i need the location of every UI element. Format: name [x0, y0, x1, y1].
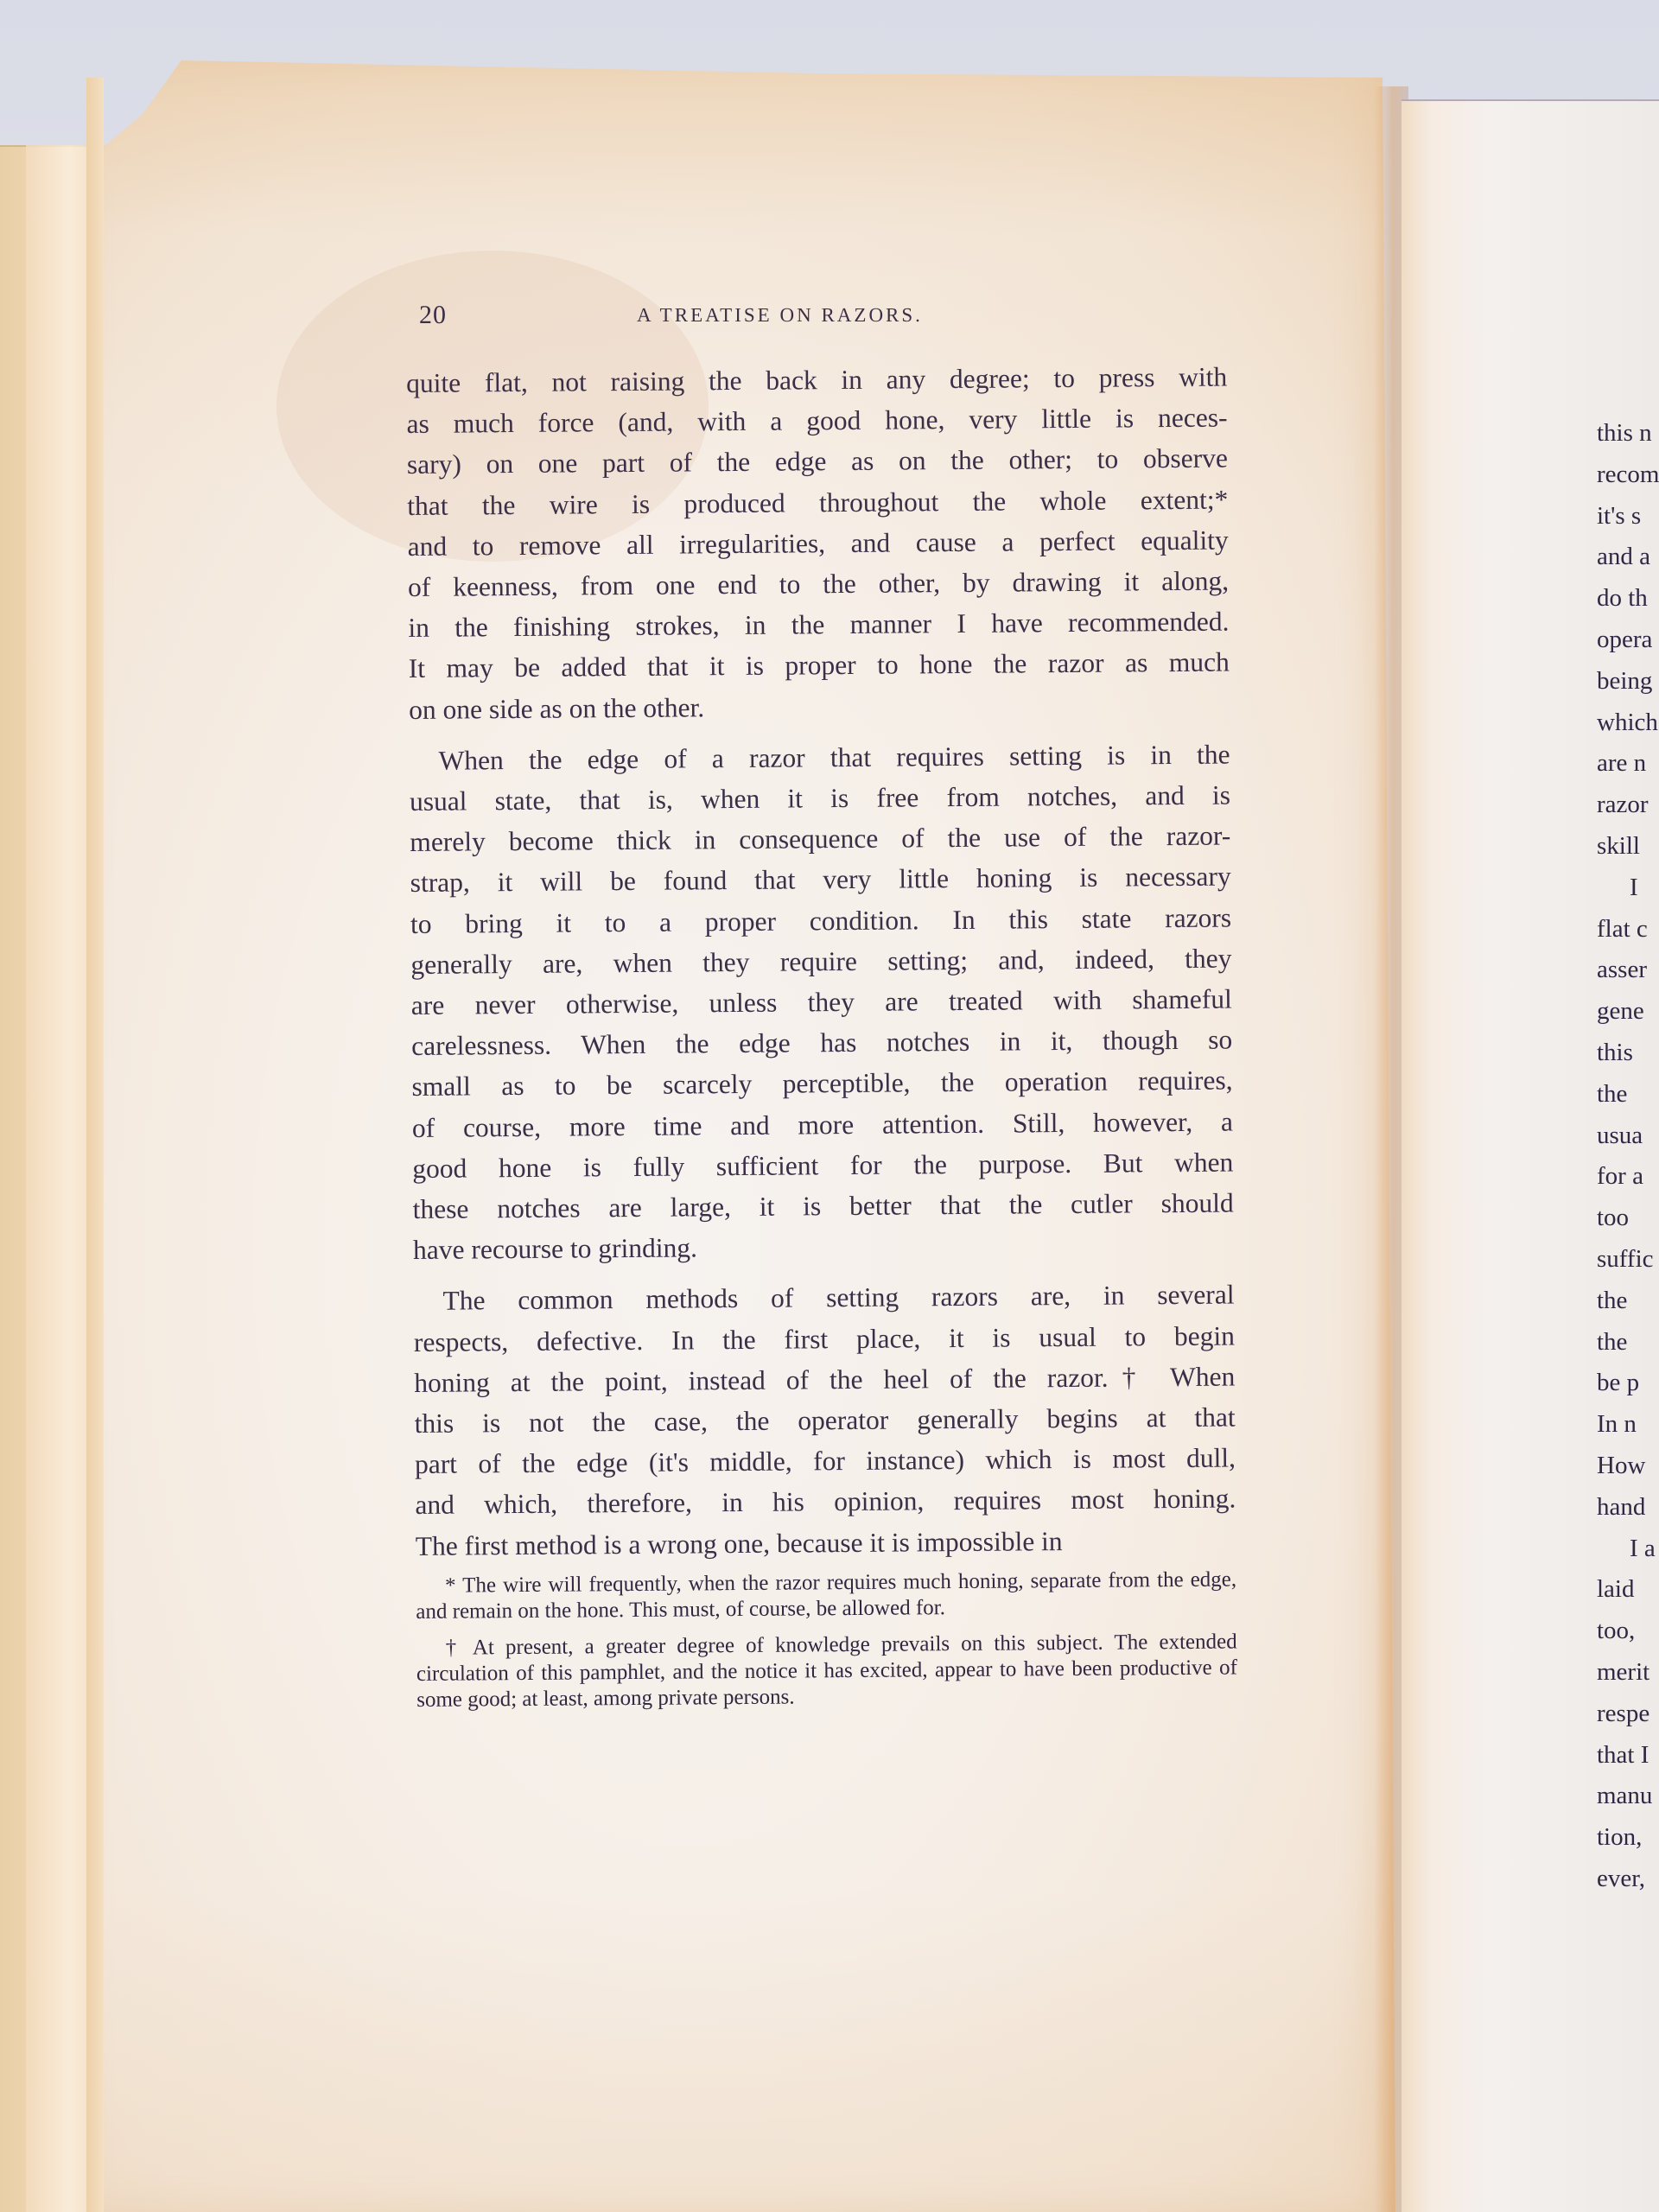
- facing-page-line: merit: [1597, 1652, 1659, 1694]
- facing-page-line: gene: [1597, 991, 1659, 1033]
- text-line: respects, defective. In the first place,…: [414, 1315, 1235, 1363]
- facing-page-line: asser: [1597, 950, 1659, 991]
- facing-page-line: recom: [1597, 454, 1659, 496]
- facing-page-line: laid: [1597, 1569, 1659, 1611]
- text-line: of course, more time and more attention.…: [412, 1101, 1233, 1148]
- facing-page-line: In n: [1597, 1404, 1659, 1446]
- footnote-asterisk: * The wire will frequently, when the raz…: [416, 1567, 1236, 1624]
- text-line: are never otherwise, unless they are tre…: [411, 979, 1232, 1027]
- text-line: and which, therefore, in his opinion, re…: [415, 1478, 1236, 1526]
- facing-page-line: do th: [1597, 578, 1659, 620]
- text-line: this is not the case, the operator gener…: [414, 1397, 1235, 1445]
- facing-page-line: being: [1597, 661, 1659, 702]
- facing-page-line: I: [1597, 868, 1659, 909]
- facing-page-line: flat c: [1597, 909, 1659, 950]
- facing-page-line: How: [1597, 1446, 1659, 1487]
- paragraph: quite flat, not raising the back in any …: [406, 357, 1230, 730]
- facing-page-line: too: [1597, 1198, 1659, 1239]
- text-line: carelessness. When the edge has notches …: [411, 1020, 1232, 1067]
- body-text: quite flat, not raising the back in any …: [406, 357, 1237, 1713]
- facing-page-line: which: [1597, 702, 1659, 744]
- text-line: to bring it to a proper condition. In th…: [410, 897, 1231, 944]
- footnote-dagger: † At present, a greater degree of knowle…: [416, 1629, 1238, 1713]
- text-line: part of the edge (it's middle, for insta…: [415, 1438, 1236, 1485]
- text-line: sary) on one part of the edge as on the …: [407, 438, 1228, 486]
- text-line: have recourse to grinding.: [413, 1224, 1234, 1271]
- facing-page-line: that I: [1597, 1735, 1659, 1777]
- facing-page-line: and a: [1597, 537, 1659, 578]
- text-line: When the edge of a razor that requires s…: [409, 734, 1230, 781]
- facing-page-line: the: [1597, 1281, 1659, 1322]
- paragraph: The common methods of setting razors are…: [413, 1274, 1236, 1567]
- paragraph: When the edge of a razor that requires s…: [409, 734, 1234, 1270]
- facing-page-line: skill: [1597, 826, 1659, 868]
- text-line: The common methods of setting razors are…: [413, 1274, 1234, 1322]
- text-line: generally are, when they require setting…: [410, 938, 1231, 985]
- text-line: good hone is fully sufficient for the pu…: [412, 1141, 1233, 1189]
- facing-page-line: suffic: [1597, 1239, 1659, 1281]
- text-line: quite flat, not raising the back in any …: [406, 357, 1227, 404]
- facing-page-line: hand: [1597, 1487, 1659, 1529]
- facing-page-line: too,: [1597, 1611, 1659, 1652]
- text-line: and to remove all irregularities, and ca…: [407, 519, 1228, 567]
- facing-page-line: tion,: [1597, 1817, 1659, 1859]
- text-line: small as to be scarcely perceptible, the…: [411, 1060, 1232, 1108]
- facing-page-line: it's s: [1597, 496, 1659, 537]
- text-line: honing at the point, instead of the heel…: [414, 1356, 1235, 1403]
- page-edge-stack: [86, 78, 104, 2212]
- text-line: merely become thick in consequence of th…: [410, 816, 1230, 863]
- facing-page-line: usua: [1597, 1116, 1659, 1157]
- facing-page-line: for a: [1597, 1156, 1659, 1198]
- text-line: The first method is a wrong one, because…: [416, 1519, 1236, 1567]
- text-line: It may be added that it is proper to hon…: [409, 642, 1230, 690]
- facing-page-line: respe: [1597, 1694, 1659, 1735]
- running-head-title: A TREATISE ON RAZORS.: [637, 304, 923, 327]
- facing-page-line: are n: [1597, 743, 1659, 785]
- facing-page-line: be p: [1597, 1363, 1659, 1404]
- text-line: usual state, that is, when it is free fr…: [410, 775, 1230, 823]
- facing-page-line: this n: [1597, 413, 1659, 454]
- text-line: these notches are large, it is better th…: [413, 1183, 1234, 1230]
- facing-page-line: manu: [1597, 1776, 1659, 1817]
- text-line: as much force (and, with a good hone, ve…: [406, 397, 1227, 445]
- facing-page-line: razor: [1597, 785, 1659, 826]
- page-number: 20: [419, 301, 447, 330]
- text-line: on one side as on the other.: [409, 683, 1230, 730]
- facing-page-text: this nrecomit's sand ado thoperabeingwhi…: [1597, 413, 1659, 1900]
- facing-page-line: the: [1597, 1074, 1659, 1116]
- facing-page-line: the: [1597, 1322, 1659, 1363]
- facing-page-line: this: [1597, 1033, 1659, 1074]
- text-line: of keenness, from one end to the other, …: [408, 561, 1229, 608]
- text-line: that the wire is produced throughout the…: [407, 479, 1228, 526]
- facing-page-line: ever,: [1597, 1859, 1659, 1900]
- running-header: 20 A TREATISE ON RAZORS.: [419, 301, 1007, 335]
- footnotes: * The wire will frequently, when the raz…: [416, 1567, 1237, 1713]
- text-line: in the finishing strokes, in the manner …: [408, 601, 1229, 649]
- facing-page-line: I a: [1597, 1529, 1659, 1570]
- facing-page-line: opera: [1597, 620, 1659, 661]
- text-line: strap, it will be found that very little…: [410, 856, 1231, 904]
